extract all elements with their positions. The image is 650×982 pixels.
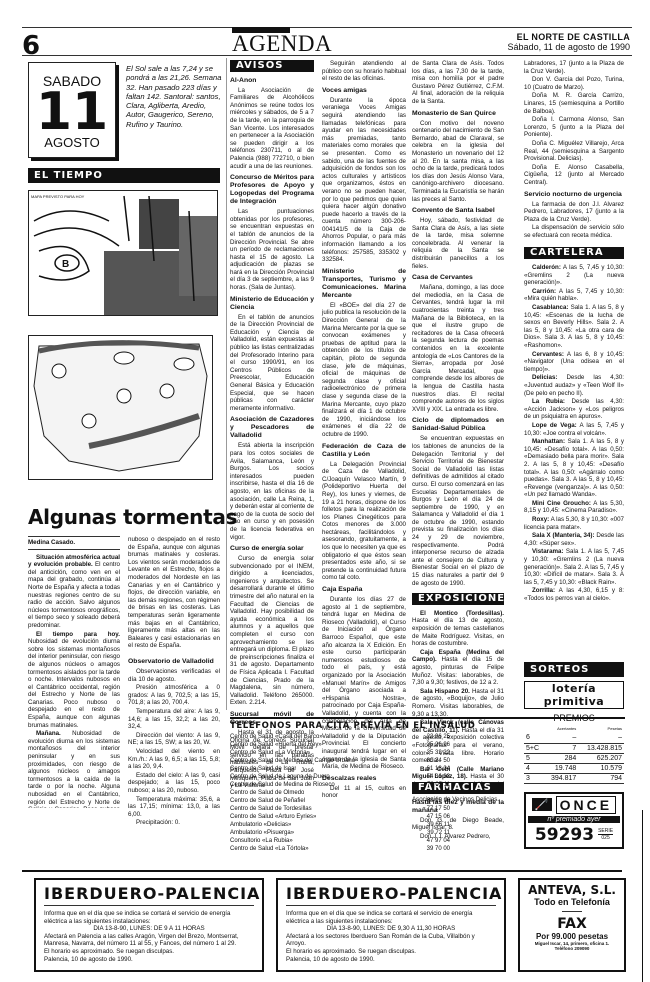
weather-paragraph-cont: nuboso o despejado en el resto de España… [128, 536, 220, 654]
item-text: La Delegación Provincial de Caza de Vall… [322, 461, 406, 583]
regional-weather-map [28, 335, 213, 480]
intro-text: de Santa Clara de Asís. Todos los días, … [412, 60, 504, 106]
observatory-line: Velocidad del viento en Km./h.: A las 9,… [128, 748, 220, 771]
once-winning-number: 59293 [535, 825, 594, 845]
avisos-section-label: AVISOS [230, 60, 314, 72]
phone-row: Ambulatorio «Pisuerga»39 72 11 [230, 829, 450, 837]
aviso-title: Curso de energía solar [230, 545, 314, 553]
observatory-line: Estado del cielo: A las 9, casi despejad… [128, 772, 220, 795]
cartelera-section-label: CARTELERA [524, 247, 624, 259]
item-text: El «BOE» del día 27 de julio publica la … [322, 302, 406, 439]
item-title: Monasterio de San Quirce [412, 110, 504, 118]
cinema-listing: Casablanca: Sala 1. A las 5, 8 y 10,45: … [524, 304, 624, 350]
phone-row: Centro de Salud de Peñafiel88 15 16 [230, 797, 450, 805]
aviso-text: La Asociación de Familiares de Alcohólic… [230, 87, 314, 171]
item-text: Mañana, domingo, a las doce del mediodía… [412, 284, 504, 413]
insalud-title: TELEFONOS PARA CITA PREVIA EN EL INSALUD [230, 717, 625, 730]
ads-divider [22, 870, 622, 872]
weather-section-label: EL TIEMPO [28, 168, 220, 183]
spain-map-icon [29, 336, 212, 479]
phone-row: Centro de Salud de Tordesillas77 17 50 [230, 805, 450, 813]
column-divider [226, 58, 227, 710]
weather-forecast-map: B MAPA PREVISTO PARA HOY [28, 190, 218, 316]
weather-article-col1: Medina Casado. Situación atmosférica act… [28, 536, 120, 809]
newspaper-name: EL NORTE DE CASTILLA [517, 32, 630, 42]
cinema-listing: Lope de Vega: A las 5, 7,45 y 10,30: «Jo… [524, 422, 624, 437]
insalud-phones: TELEFONOS PARA CITA PREVIA EN EL INSALUD… [230, 717, 410, 853]
aviso-text: En el tablón de anuncios de la Dirección… [230, 314, 314, 413]
phone-row: Centro de Salud de Medina de Rioseco70 0… [230, 781, 450, 789]
prizes-table: AcertantesPesetas 6–– 5+C713.428.815 528… [524, 723, 624, 784]
pharmacy-line: Doña M. R. García Carrizo, Linares, 15 (… [524, 92, 624, 115]
iberduero-ad-1: IBERDUERO-PALENCIA Informa que en el día… [34, 878, 264, 972]
observatory-line: Presión atmosférica a 0 grados: A las 9,… [128, 684, 220, 707]
night-service-line: La dispensación de servicio sólo se efec… [524, 224, 624, 239]
item-title: Caja España [322, 586, 406, 594]
cinema-listing: Cervantes: A las 6, 8 y 10,45: «Navigato… [524, 351, 624, 374]
anteva-ad: ANTEVA, S.L. Todo en Telefonía FAX Por 9… [518, 878, 626, 972]
phone-row: Centro de Salud «Arturo Eyries»47 15 06 [230, 813, 450, 821]
page-number: 6 [22, 31, 40, 61]
cinema-listing: Vistarama: Sala 1. A las 5, 7,45 y 10,30… [524, 548, 624, 586]
svg-text:B: B [62, 259, 69, 270]
observatory-line: Temperatura máxima: 35,6, a las 17,15; m… [128, 796, 220, 819]
page-edge [642, 810, 643, 982]
weather-paragraph: El tiempo para hoy. Nubosidad de evoluci… [28, 631, 120, 730]
phone-row: Centro de Salud «Casa del Barco»22 06 25 [230, 733, 450, 741]
once-logo: ONCE [556, 796, 616, 814]
cinema-listing: Manhattan: Sala 1. A las 5, 8 y 10,45: «… [524, 438, 624, 499]
weather-headline: Algunas tormentas [28, 505, 237, 529]
cinema-listing: Roxy: A las 5,30, 8 y 10,30: «007 licenc… [524, 516, 624, 531]
phone-row: Centro de Salud «La Victoria»35 32 22 [230, 749, 450, 757]
day-number: 11 [29, 89, 115, 135]
cinema-listing: Delicias: Desde las 4,30: «Juventud auda… [524, 374, 624, 397]
cinema-listing: Mini Cine Groucho: A las 5,30, 8,15 y 10… [524, 500, 624, 515]
once-caption: nº premiado ayer [528, 816, 620, 823]
header-bottom-rule [22, 55, 632, 56]
aviso-title: Asociación de Cazadores y Pescadores de … [230, 416, 314, 440]
cinema-listing: Sala X (Manteria, 34): Desde las 4,30: «… [524, 532, 624, 547]
prize-row: 6–– [524, 733, 624, 743]
svg-text:MAPA PREVISTO PARA HOY: MAPA PREVISTO PARA HOY [31, 194, 85, 199]
phone-row: Centro de Salud de Olmedo60 11 11 [230, 789, 450, 797]
night-service-title: Servicio nocturno de urgencia [524, 191, 624, 199]
avisos-column: AVISOS Al-Anon La Asociación de Familiar… [230, 58, 314, 791]
phone-row: Centro de Salud de Laguna de Duero54 31 … [230, 773, 450, 781]
item-title: Ciclo de diplomados en Sanidad-Salud Púb… [412, 417, 504, 433]
sorteos-block: SORTEOS lotería primitiva PREMIOS Acerta… [524, 662, 624, 849]
column-5: Labradores, 17 (junto a la Plaza de la C… [524, 60, 624, 604]
item-text: Con motivo del noveno centenario del nac… [412, 120, 504, 204]
observatory-title: Observatorio de Valladolid [128, 658, 220, 666]
isobar-map-icon: B MAPA PREVISTO PARA HOY [29, 191, 217, 315]
column-3: Seguirán atendiendo al público con su ho… [322, 60, 406, 801]
weather-paragraph: Situación atmosférica actual y evolución… [28, 554, 120, 630]
exposiciones-section-label: EXPOSICIONES [412, 593, 504, 605]
phone-row: Centro de Salud de Medina del Campo Urba… [230, 757, 450, 765]
phone-row: Centro de Salud «Huerta del Rey»35 26 96 [230, 741, 450, 749]
phone-row: Consultorio «La Rubia»47 97 04 [230, 837, 450, 845]
aviso-text: Curso de energía solar subvencionado por… [230, 555, 314, 707]
item-title: Casa de Cervantes [412, 274, 504, 282]
aviso-title: Ministerio de Educación y Ciencia [230, 296, 314, 312]
prize-row: 5284625.207 [524, 753, 624, 763]
observatory-line: Temperatura del aire: A las 9, 14,6; a l… [128, 708, 220, 731]
exposicion-item: Sala Hispano 20. Hasta el 31 de agosto, … [412, 688, 504, 718]
issue-date: Sábado, 11 de agosto de 1990 [508, 42, 630, 52]
cinema-listing: Calderón: A las 5, 7,45 y 10,30: «Gremli… [524, 264, 624, 287]
section-title: AGENDA [232, 31, 332, 57]
almanac-info: El Sol sale a las 7,24 y se pondrá a las… [126, 64, 222, 129]
weather-paragraph: Mañana. Nubosidad de evolución diurna en… [28, 730, 120, 808]
observatory-line: Precipitación: 0. [128, 819, 220, 827]
calendar-box: SABADO 11 AGOSTO [28, 62, 116, 158]
pharmacy-line: Doña I. Carmona Alonso, San Lorenzo, 5 (… [524, 116, 624, 139]
cinema-listing: La Rubia: Desde las 4,30: «Acción Jackso… [524, 398, 624, 421]
phone-row: Centro de Salud «La Tórtola»39 70 00 [230, 845, 450, 853]
pharmacy-line: Labradores, 17 (junto a la Plaza de la C… [524, 60, 624, 75]
serie-number: 025 [598, 835, 613, 841]
aviso-title: Al-Anon [230, 77, 314, 85]
cinema-listing: Carrión: A las 5, 7,45 y 10,30: «Mira qu… [524, 288, 624, 303]
cinema-listing: Zorrilla: A las 4,30, 6,15 y 8: «Todos l… [524, 587, 624, 602]
column-4: de Santa Clara de Asís. Todos los días, … [412, 60, 504, 805]
night-service-line: La farmacia de don J.I. Alvarez Pedrero,… [524, 201, 624, 224]
item-title: Federación de Caza de Castilla y León [322, 443, 406, 459]
observatory-line: Observaciones verificadas el día 10 de a… [128, 668, 220, 683]
header-top-rule [22, 27, 632, 28]
byline: Medina Casado. [28, 536, 120, 550]
aviso-text: Está abierta la inscripción para los cot… [230, 442, 314, 541]
item-text: Se encuentran expuestas en los tablones … [412, 435, 504, 587]
item-title: Ministerio de Transportes, Turismo y Com… [322, 268, 406, 300]
item-text: Durante la época veraniega Voces Amigas … [322, 97, 406, 264]
observatory-line: Dirección del viento: A las 9, NE; a las… [128, 732, 220, 747]
once-box: 🦯 ONCE nº premiado ayer 59293 SERIE 025 [524, 792, 624, 849]
pharmacy-line: Doña C. Miguélez Villarejo, Arca Real, 4… [524, 140, 624, 163]
prize-row: 419.74810.579 [524, 763, 624, 773]
item-title: Convento de Santa Isabel [412, 207, 504, 215]
aviso-title: Concurso de Méritos para Profesores de A… [230, 174, 314, 206]
exposicion-item: Caja España (Medina del Campo). Hasta el… [412, 649, 504, 687]
prize-row: 5+C713.428.815 [524, 743, 624, 753]
exposicion-item: El Montico (Tordesillas). Hasta el día 1… [412, 610, 504, 648]
aviso-text: Las puntuaciones obtenidas por los profe… [230, 208, 314, 292]
iberduero-ad-2: IBERDUERO-PALENCIA Informa que en el día… [276, 878, 506, 972]
serie-label: SERIE [598, 828, 613, 835]
item-title: Voces amigas [322, 87, 406, 95]
prize-row: 3394.817794 [524, 773, 624, 783]
pharmacy-line: Doña E. Alonso Casabella, Cigüeña, 12 (j… [524, 164, 624, 187]
sorteos-section-label: SORTEOS [524, 662, 624, 677]
intro-text: Seguirán atendiendo al público con su ho… [322, 60, 406, 83]
item-text: Hoy, sábado, festividad de Santa Clara d… [412, 217, 504, 270]
weather-article-col2: nuboso o despejado en el resto de España… [128, 536, 220, 828]
pharmacy-line: Don V. García del Pozo, Turina, 10 (Cuat… [524, 76, 624, 91]
blind-person-icon: 🦯 [532, 798, 552, 811]
phone-row: Centro de Salud de Iscar61 18 34 [230, 765, 450, 773]
phone-row: Ambulatorio «Delicias»39 66 11 [230, 821, 450, 829]
loteria-primitiva-logo: lotería primitiva [524, 681, 624, 709]
